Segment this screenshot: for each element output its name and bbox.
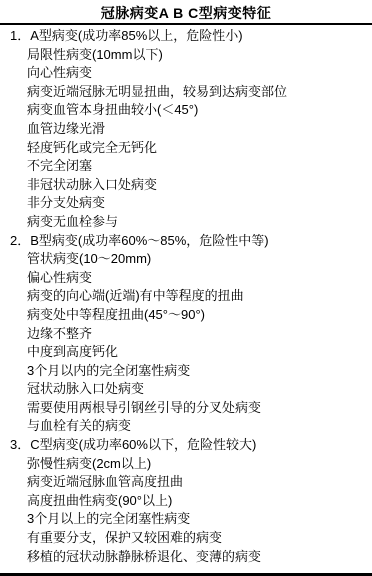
feature-line: 偏心性病变 [0, 269, 372, 288]
feature-line: 高度扭曲性病变(90°以上) [0, 492, 372, 511]
feature-line: 局限性病变(10mm以下) [0, 46, 372, 65]
feature-line: 向心性病变 [0, 64, 372, 83]
section-c-heading: 3．C型病变(成功率60%以下，危险性较大) [0, 436, 372, 455]
feature-line: 轻度钙化或完全无钙化 [0, 139, 372, 158]
section-b-heading: 2．B型病变(成功率60%～85%，危险性中等) [0, 232, 372, 251]
section-a-heading: 1．A型病变(成功率85%以上，危险性小) [0, 27, 372, 46]
feature-line: 病变的向心端(近端)有中等程度的扭曲 [0, 287, 372, 306]
feature-line: 不完全闭塞 [0, 157, 372, 176]
feature-line: 边缘不整齐 [0, 325, 372, 344]
table-body: 1．A型病变(成功率85%以上，危险性小) 局限性病变(10mm以下) 向心性病… [0, 25, 372, 573]
feature-line: 非分支处病变 [0, 194, 372, 213]
feature-line: 中度到高度钙化 [0, 343, 372, 362]
feature-line: 需要使用两根导引钢丝引导的分叉处病变 [0, 399, 372, 418]
feature-line: 病变处中等程度扭曲(45°～90°) [0, 306, 372, 325]
page-title: 冠脉病变A B C型病变特征 [0, 0, 372, 23]
feature-line: 有重要分支，保护又较困难的病变 [0, 529, 372, 548]
feature-line: 病变血管本身扭曲较小(＜45°) [0, 101, 372, 120]
feature-line: 病变近端冠脉无明显扭曲，较易到达病变部位 [0, 83, 372, 102]
feature-line: 弥慢性病变(2cm以上) [0, 455, 372, 474]
feature-line: 与血栓有关的病变 [0, 417, 372, 436]
feature-line: 病变无血栓参与 [0, 213, 372, 232]
feature-line: 移植的冠状动脉静脉桥退化、变薄的病变 [0, 548, 372, 567]
feature-line: 血管边缘光滑 [0, 120, 372, 139]
feature-line: 管状病变(10～20mm) [0, 250, 372, 269]
feature-line: 3个月以上的完全闭塞性病变 [0, 510, 372, 529]
feature-line: 病变近端冠脉血管高度扭曲 [0, 473, 372, 492]
feature-line: 非冠状动脉入口处病变 [0, 176, 372, 195]
document-page: 冠脉病变A B C型病变特征 1．A型病变(成功率85%以上，危险性小) 局限性… [0, 0, 372, 576]
feature-line: 3个月以内的完全闭塞性病变 [0, 362, 372, 381]
feature-line: 冠状动脉入口处病变 [0, 380, 372, 399]
